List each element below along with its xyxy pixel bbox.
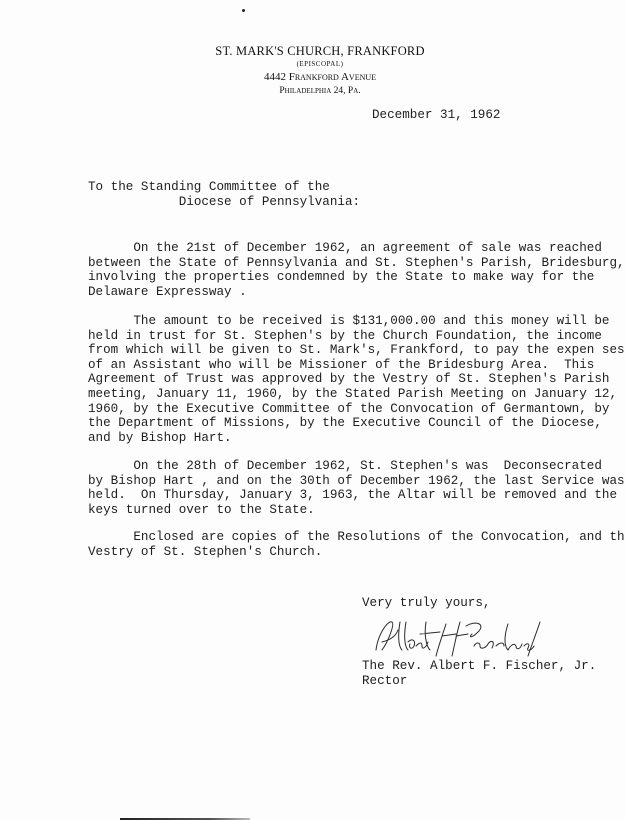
paragraph-line: involving the properties condemned by th…	[88, 270, 594, 284]
street-address: 4442 Frankford Avenue	[210, 71, 430, 83]
letter-date: December 31, 1962	[372, 108, 500, 123]
paragraph-line: meeting, January 11, 1960, by the Stated…	[88, 387, 617, 401]
paragraph-line: held. On Thursday, January 3, 1963, the …	[88, 488, 617, 502]
paragraph-line: the Department of Missions, by the Execu…	[88, 416, 602, 430]
paragraph-line: Vestry of St. Stephen's Church.	[88, 545, 322, 559]
paragraph-line: between the State of Pennsylvania and St…	[88, 256, 625, 270]
paragraph-line: Delaware Expressway .	[88, 285, 247, 299]
paragraph-1: On the 21st of December 1962, an agreeme…	[88, 241, 625, 299]
paragraph-line: held in trust for St. Stephen's by the C…	[88, 329, 602, 343]
salutation-line-1: To the Standing Committee of the	[88, 180, 330, 194]
salutation-line-2: Diocese of Pennsylvania:	[88, 195, 360, 209]
church-name: ST. MARK'S CHURCH, FRANKFORD	[210, 44, 430, 59]
signatory-title: Rector	[362, 674, 407, 688]
paragraph-2: The amount to be received is $131,000.00…	[88, 314, 625, 445]
city-address: Philadelphia 24, Pa.	[210, 86, 430, 96]
paragraph-line: and by Bishop Hart.	[88, 431, 232, 445]
paragraph-line: by Bishop Hart , and on the 30th of Dece…	[88, 474, 625, 488]
paragraph-line: 1960, by the Executive Committee of the …	[88, 402, 609, 416]
salutation-line-2-text: Diocese of Pennsylvania:	[179, 195, 360, 209]
paragraph-4: Enclosed are copies of the Resolutions o…	[88, 530, 625, 559]
paragraph-line: Enclosed are copies of the Resolutions o…	[88, 530, 625, 544]
paragraph-line: The amount to be received is $131,000.00…	[88, 314, 609, 328]
signature-image	[368, 612, 548, 660]
denomination: (EPISCOPAL)	[210, 60, 430, 68]
salutation: To the Standing Committee of the Diocese…	[88, 180, 360, 209]
paragraph-line: from which will be given to St. Mark's, …	[88, 343, 625, 357]
paragraph-line: On the 28th of December 1962, St. Stephe…	[88, 459, 602, 473]
paragraph-line: of an Assistant who will be Missioner of…	[88, 358, 594, 372]
ink-dot	[242, 9, 245, 12]
signatory-name: The Rev. Albert F. Fischer, Jr.	[362, 659, 596, 673]
signatory: The Rev. Albert F. Fischer, Jr. Rector	[362, 659, 596, 688]
paragraph-line: keys turned over to the State.	[88, 503, 315, 517]
closing: Very truly yours,	[362, 596, 490, 611]
paragraph-line: On the 21st of December 1962, an agreeme…	[88, 241, 602, 255]
paragraph-3: On the 28th of December 1962, St. Stephe…	[88, 459, 625, 517]
paragraph-line: Agreement of Trust was approved by the V…	[88, 372, 609, 386]
letter-page: ST. MARK'S CHURCH, FRANKFORD (EPISCOPAL)…	[0, 0, 625, 820]
